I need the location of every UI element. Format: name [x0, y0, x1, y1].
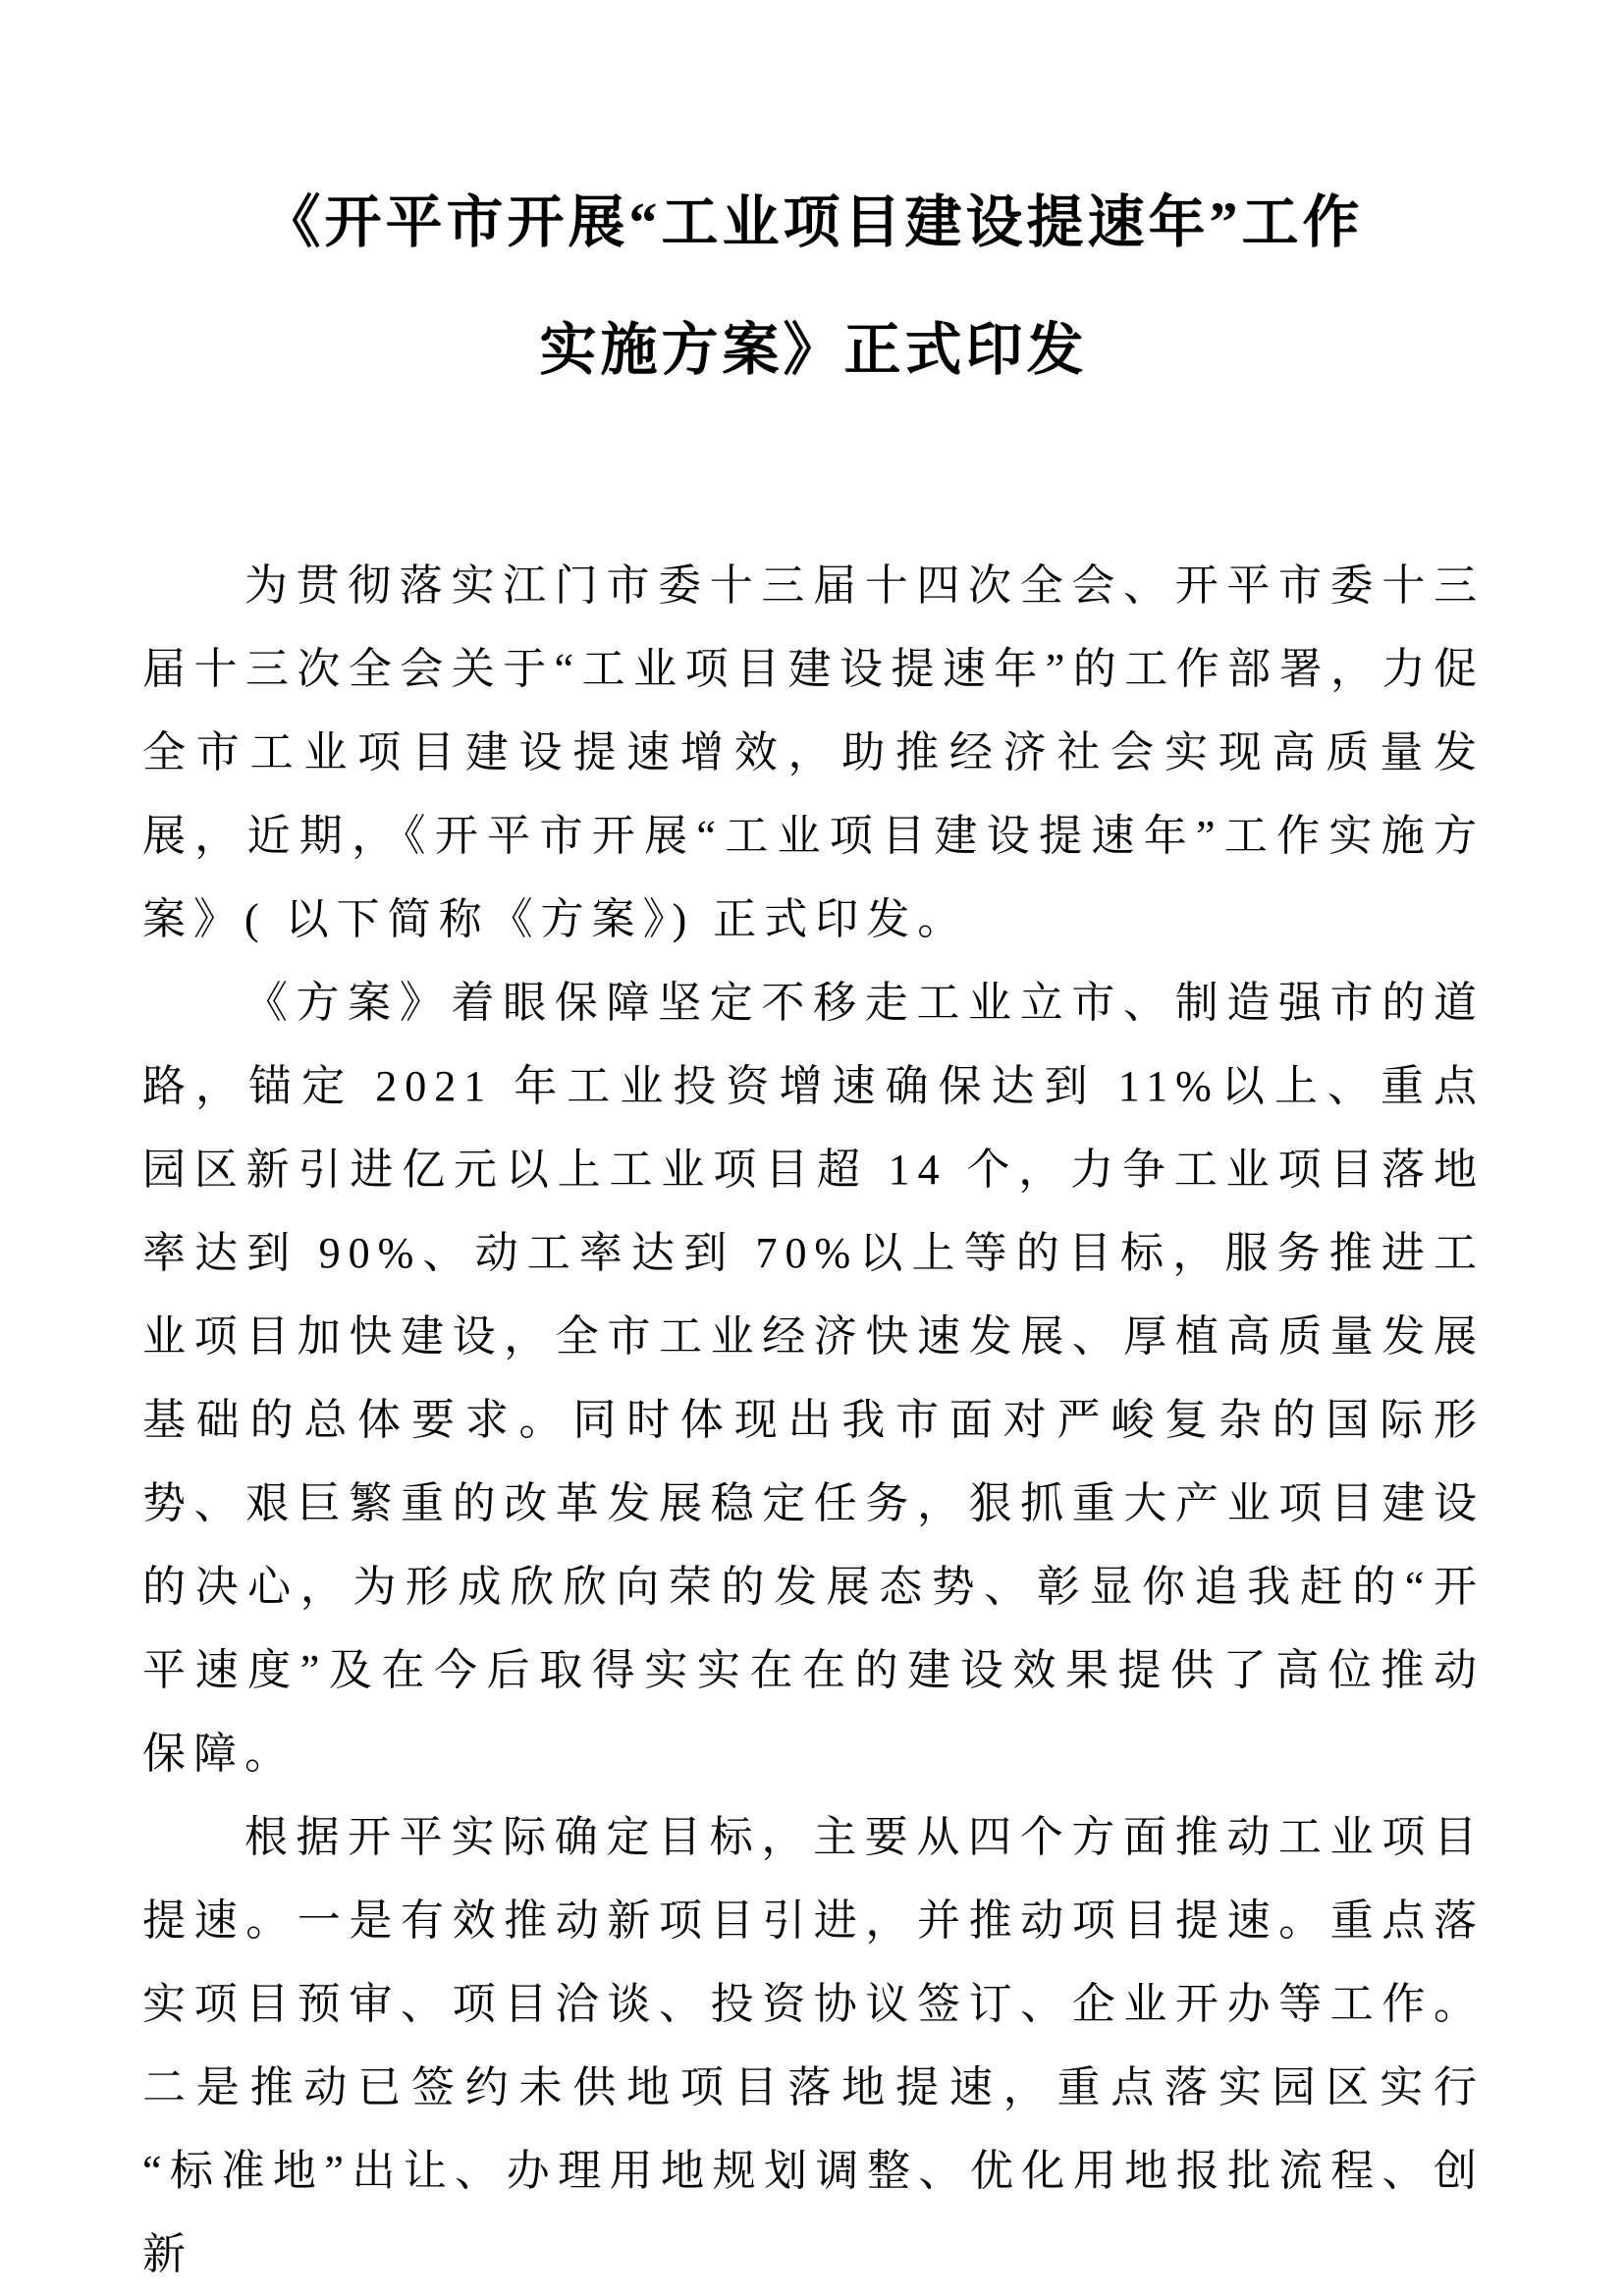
paragraph-1: 为贯彻落实江门市委十三届十四次全会、开平市委十三届十三次全会关于“工业项目建设提… [142, 544, 1485, 961]
title-line-1: 《开平市开展“工业项目建设提速年”工作 [142, 159, 1485, 287]
title-line-2: 实施方案》正式印发 [142, 287, 1485, 414]
paragraph-2: 《方案》着眼保障坚定不移走工业立市、制造强市的道路，锚定 2021 年工业投资增… [142, 961, 1485, 1795]
document-title: 《开平市开展“工业项目建设提速年”工作 实施方案》正式印发 [142, 159, 1485, 414]
document-body: 为贯彻落实江门市委十三届十四次全会、开平市委十三届十三次全会关于“工业项目建设提… [142, 544, 1485, 2296]
document-page: 《开平市开展“工业项目建设提速年”工作 实施方案》正式印发 为贯彻落实江门市委十… [0, 0, 1624, 2296]
paragraph-3: 根据开平实际确定目标，主要从四个方面推动工业项目提速。一是有效推动新项目引进，并… [142, 1795, 1485, 2296]
